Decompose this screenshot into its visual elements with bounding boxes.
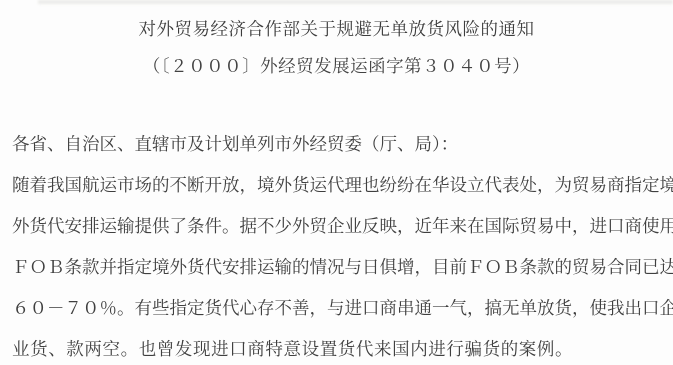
document-title: 对外贸易经济合作部关于规避无单放货风险的通知 xyxy=(0,16,673,42)
scan-artifact-strip xyxy=(38,0,673,4)
body-line-5: 业货、款两空。也曾发现进口商特意设置货代来国内进行骗货的案例。 xyxy=(12,329,663,365)
document-number: （〔２０００〕外经贸发展运函字第３０４０号） xyxy=(0,53,673,79)
document-page: 对外贸易经济合作部关于规避无单放货风险的通知 （〔２０００〕外经贸发展运函字第３… xyxy=(0,0,673,365)
body-line-1: 随着我国航运市场的不断开放，境外货运代理也纷纷在华设立代表处，为贸易商指定境 xyxy=(12,165,663,206)
body-line-4: ６０－７０％。有些指定货代心存不善，与进口商串通一气，搞无单放货，使我出口企 xyxy=(12,288,663,329)
salutation-line: 各省、自治区、直辖市及计划单列市外经贸委（厅、局）： xyxy=(0,124,673,165)
body-line-3: ＦＯＢ条款并指定境外货代安排运输的情况与日俱增，目前ＦＯＢ条款的贸易合同已达 xyxy=(12,247,663,288)
body-paragraph: 随着我国航运市场的不断开放，境外货运代理也纷纷在华设立代表处，为贸易商指定境 外… xyxy=(0,165,673,365)
body-line-2: 外货代安排运输提供了条件。据不少外贸企业反映，近年来在国际贸易中，进口商使用 xyxy=(12,206,663,247)
